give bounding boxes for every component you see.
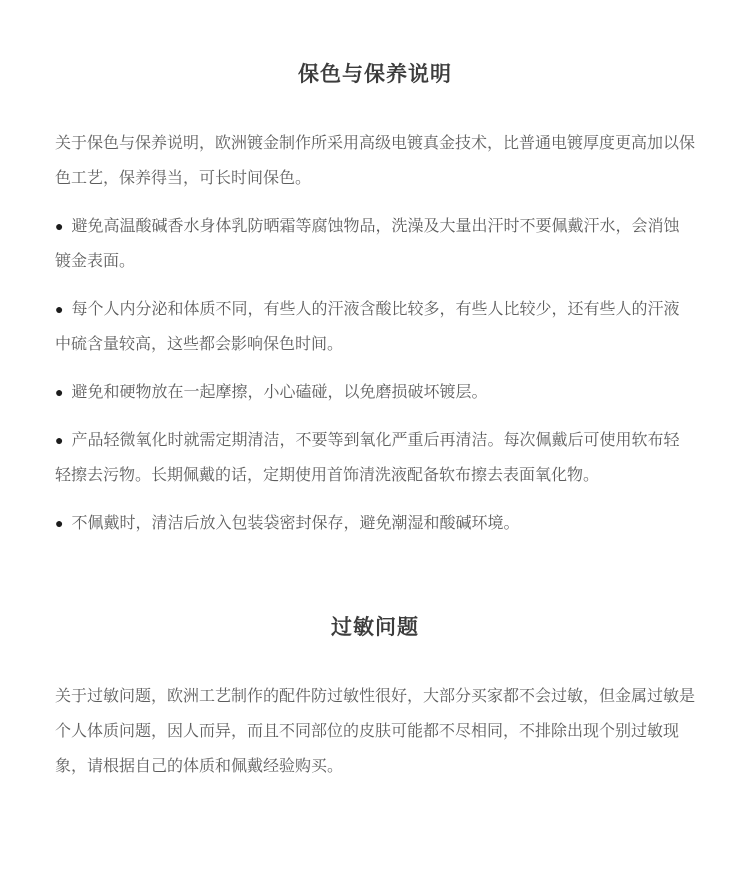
care-bullet-item: ●不佩戴时，清洁后放入包装袋密封保存，避免潮湿和酸碱环境。 — [55, 506, 695, 541]
care-bullet-item: ●避免和硬物放在一起摩擦，小心磕碰，以免磨损破坏镀层。 — [55, 375, 695, 410]
care-intro-paragraph: 关于保色与保养说明，欧洲镀金制作所采用高级电镀真金技术，比普通电镀厚度更高加以保… — [55, 126, 695, 196]
allergy-section-title: 过敏问题 — [55, 613, 695, 643]
allergy-body-paragraph: 关于过敏问题，欧洲工艺制作的配件防过敏性很好，大部分买家都不会过敏，但金属过敏是… — [55, 679, 695, 784]
care-bullet-text-2: 每个人内分泌和体质不同，有些人的汗液含酸比较多，有些人比较少，还有些人的汗液中硫… — [55, 301, 679, 353]
bullet-dot-icon: ● — [55, 432, 63, 448]
care-bullet-text-1: 避免高温酸碱香水身体乳防晒霜等腐蚀物品，洗澡及大量出汗时不要佩戴汗水，会消蚀镀金… — [55, 218, 679, 270]
care-bullet-item: ●避免高温酸碱香水身体乳防晒霜等腐蚀物品，洗澡及大量出汗时不要佩戴汗水，会消蚀镀… — [55, 209, 695, 279]
care-bullet-item: ●每个人内分泌和体质不同，有些人的汗液含酸比较多，有些人比较少，还有些人的汗液中… — [55, 292, 695, 362]
care-bullet-text-5: 不佩戴时，清洁后放入包装袋密封保存，避免潮湿和酸碱环境。 — [71, 515, 519, 532]
care-section-title: 保色与保养说明 — [55, 60, 695, 90]
allergy-info-section: 过敏问题 关于过敏问题，欧洲工艺制作的配件防过敏性很好，大部分买家都不会过敏，但… — [55, 613, 695, 784]
bullet-dot-icon: ● — [55, 218, 63, 234]
bullet-dot-icon: ● — [55, 301, 63, 317]
product-description-page: 保色与保养说明 关于保色与保养说明，欧洲镀金制作所采用高级电镀真金技术，比普通电… — [0, 0, 750, 887]
care-instructions-section: 保色与保养说明 关于保色与保养说明，欧洲镀金制作所采用高级电镀真金技术，比普通电… — [55, 60, 695, 541]
bullet-dot-icon: ● — [55, 515, 63, 531]
bullet-dot-icon: ● — [55, 384, 63, 400]
care-bullet-text-4: 产品轻微氧化时就需定期清洁，不要等到氧化严重后再清洁。每次佩戴后可使用软布轻轻擦… — [55, 432, 679, 484]
care-bullet-text-3: 避免和硬物放在一起摩擦，小心磕碰，以免磨损破坏镀层。 — [71, 384, 487, 401]
care-bullet-item: ●产品轻微氧化时就需定期清洁，不要等到氧化严重后再清洁。每次佩戴后可使用软布轻轻… — [55, 423, 695, 493]
